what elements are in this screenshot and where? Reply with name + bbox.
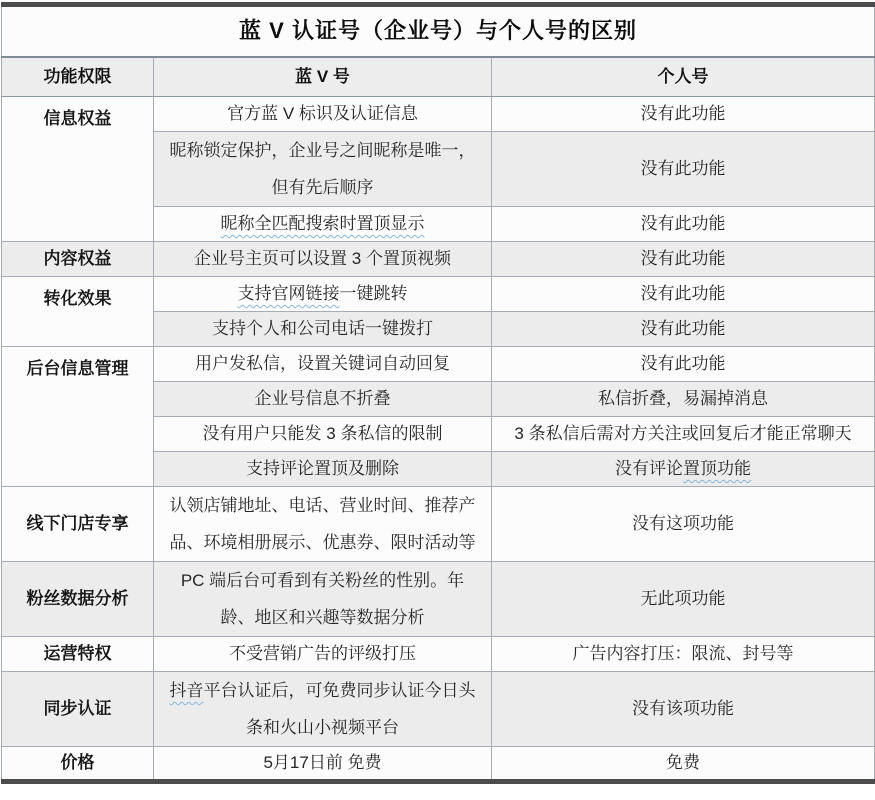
comparison-table: 蓝 V 认证号（企业号）与个人号的区别 功能权限 蓝 V 号 个人号 信息权益官… (1, 2, 875, 784)
cell-text: 支持评论置顶及删除 (246, 459, 399, 478)
blue-v-account-cell: 企业号信息不折叠 (154, 382, 492, 417)
column-header-blue-v: 蓝 V 号 (154, 57, 492, 97)
cell-text: 5月17日前 免费 (263, 753, 381, 772)
category-cell: 转化效果 (2, 277, 154, 347)
cell-text: 没有此功能 (641, 104, 726, 123)
blue-v-account-cell: 用户发私信，设置关键词自动回复 (154, 347, 492, 382)
cell-text: 官方蓝 V 标识及认证信息 (227, 104, 418, 123)
cell-text: 没有此功能 (641, 159, 726, 178)
personal-account-cell: 没有此功能 (492, 242, 875, 277)
blue-v-account-cell: PC 端后台可看到有关粉丝的性别。年 龄、地区和兴趣等数据分析 (154, 562, 492, 637)
category-cell: 信息权益 (2, 97, 154, 242)
blue-v-account-cell: 昵称锁定保护，企业号之间昵称是唯一， 但有先后顺序 (154, 132, 492, 207)
cell-text: 免费 (666, 753, 700, 772)
blue-v-account-cell: 企业号主页可以设置 3 个置顶视频 (154, 242, 492, 277)
cell-text: 没有此功能 (641, 319, 726, 338)
personal-account-cell: 免费 (492, 747, 875, 782)
blue-v-account-cell: 抖音平台认证后，可免费同步认证今日头 条和火山小视频平台 (154, 672, 492, 747)
table-row: 运营特权不受营销广告的评级打压广告内容打压：限流、封号等 (2, 637, 875, 672)
personal-account-cell: 没有这项功能 (492, 487, 875, 562)
cell-text: 没有该项功能 (632, 699, 734, 718)
personal-account-cell: 没有评论置顶功能 (492, 452, 875, 487)
cell-text: 私信折叠，易漏掉消息 (598, 389, 768, 408)
cell-text: 价格 (61, 753, 95, 772)
spellcheck-underlined-text: 支持官网链接 (238, 284, 340, 303)
blue-v-account-cell: 认领店铺地址、电话、营业时间、推荐产 品、环境相册展示、优惠券、限时活动等 (154, 487, 492, 562)
cell-text: 信息权益 (44, 109, 112, 128)
blue-v-account-cell: 支持评论置顶及删除 (154, 452, 492, 487)
table-row: 粉丝数据分析PC 端后台可看到有关粉丝的性别。年 龄、地区和兴趣等数据分析无此项… (2, 562, 875, 637)
cell-text: 用户发私信，设置关键词自动回复 (195, 354, 450, 373)
cell-text: 支持个人和公司电话一键拨打 (212, 319, 433, 338)
cell-text: 内容权益 (44, 249, 112, 268)
page: 蓝 V 认证号（企业号）与个人号的区别 功能权限 蓝 V 号 个人号 信息权益官… (0, 0, 875, 786)
title-row: 蓝 V 认证号（企业号）与个人号的区别 (2, 5, 875, 57)
personal-account-cell: 没有此功能 (492, 312, 875, 347)
personal-account-cell: 没有此功能 (492, 97, 875, 132)
table-row: 后台信息管理用户发私信，设置关键词自动回复没有此功能 (2, 347, 875, 382)
table-row: 线下门店专享认领店铺地址、电话、营业时间、推荐产 品、环境相册展示、优惠券、限时… (2, 487, 875, 562)
header-row: 功能权限 蓝 V 号 个人号 (2, 57, 875, 97)
column-header-personal: 个人号 (492, 57, 875, 97)
cell-text: 没有评论 (615, 459, 683, 478)
cell-text: 广告内容打压：限流、封号等 (573, 644, 794, 663)
cell-text: 没有此功能 (641, 284, 726, 303)
blue-v-account-cell: 官方蓝 V 标识及认证信息 (154, 97, 492, 132)
cell-text: 昵称锁定保护，企业号之间昵称是唯一， 但有先后顺序 (170, 141, 476, 197)
cell-text: 企业号主页可以设置 3 个置顶视频 (194, 249, 451, 268)
blue-v-account-cell: 没有用户只能发 3 条私信的限制 (154, 417, 492, 452)
cell-text: 没有此功能 (641, 214, 726, 233)
cell-text: 没有这项功能 (632, 514, 734, 533)
category-cell: 线下门店专享 (2, 487, 154, 562)
table-row: 同步认证抖音平台认证后，可免费同步认证今日头 条和火山小视频平台没有该项功能 (2, 672, 875, 747)
spellcheck-underlined-text: 昵称全匹配搜索时置顶显示 (221, 214, 425, 233)
cell-text: 没有此功能 (641, 354, 726, 373)
personal-account-cell: 私信折叠，易漏掉消息 (492, 382, 875, 417)
cell-text: 平台认证后，可免费同步认证今日头 条和火山小视频平台 (204, 681, 476, 737)
category-cell: 价格 (2, 747, 154, 782)
category-cell: 运营特权 (2, 637, 154, 672)
column-header-feature: 功能权限 (2, 57, 154, 97)
table-title: 蓝 V 认证号（企业号）与个人号的区别 (2, 5, 875, 57)
table-row: 转化效果支持官网链接一键跳转没有此功能 (2, 277, 875, 312)
spellcheck-underlined-text: 置顶功能 (683, 459, 751, 478)
blue-v-account-cell: 支持官网链接一键跳转 (154, 277, 492, 312)
personal-account-cell: 广告内容打压：限流、封号等 (492, 637, 875, 672)
personal-account-cell: 3 条私信后需对方关注或回复后才能正常聊天 (492, 417, 875, 452)
blue-v-account-cell: 支持个人和公司电话一键拨打 (154, 312, 492, 347)
blue-v-account-cell: 昵称全匹配搜索时置顶显示 (154, 207, 492, 242)
personal-account-cell: 无此项功能 (492, 562, 875, 637)
personal-account-cell: 没有此功能 (492, 277, 875, 312)
cell-text: 一键跳转 (340, 284, 408, 303)
cell-text: 没有此功能 (641, 249, 726, 268)
table-row: 价格5月17日前 免费免费 (2, 747, 875, 782)
personal-account-cell: 没有该项功能 (492, 672, 875, 747)
cell-text: 没有用户只能发 3 条私信的限制 (203, 424, 443, 443)
cell-text: 转化效果 (44, 289, 112, 308)
blue-v-account-cell: 5月17日前 免费 (154, 747, 492, 782)
cell-text: 企业号信息不折叠 (255, 389, 391, 408)
cell-text: 运营特权 (44, 644, 112, 663)
cell-text: 粉丝数据分析 (27, 589, 129, 608)
personal-account-cell: 没有此功能 (492, 132, 875, 207)
cell-text: 后台信息管理 (27, 359, 129, 378)
table-row: 信息权益官方蓝 V 标识及认证信息没有此功能 (2, 97, 875, 132)
cell-text: 不受营销广告的评级打压 (229, 644, 416, 663)
category-cell: 后台信息管理 (2, 347, 154, 487)
cell-text: 同步认证 (44, 699, 112, 718)
category-cell: 粉丝数据分析 (2, 562, 154, 637)
category-cell: 内容权益 (2, 242, 154, 277)
category-cell: 同步认证 (2, 672, 154, 747)
blue-v-account-cell: 不受营销广告的评级打压 (154, 637, 492, 672)
cell-text: 线下门店专享 (27, 514, 129, 533)
personal-account-cell: 没有此功能 (492, 347, 875, 382)
cell-text: PC 端后台可看到有关粉丝的性别。年 龄、地区和兴趣等数据分析 (181, 571, 464, 627)
personal-account-cell: 没有此功能 (492, 207, 875, 242)
cell-text: 无此项功能 (641, 589, 726, 608)
table-row: 内容权益企业号主页可以设置 3 个置顶视频没有此功能 (2, 242, 875, 277)
spellcheck-underlined-text: 抖音 (170, 681, 204, 700)
cell-text: 3 条私信后需对方关注或回复后才能正常聊天 (514, 424, 851, 443)
cell-text: 认领店铺地址、电话、营业时间、推荐产 品、环境相册展示、优惠券、限时活动等 (170, 496, 476, 552)
